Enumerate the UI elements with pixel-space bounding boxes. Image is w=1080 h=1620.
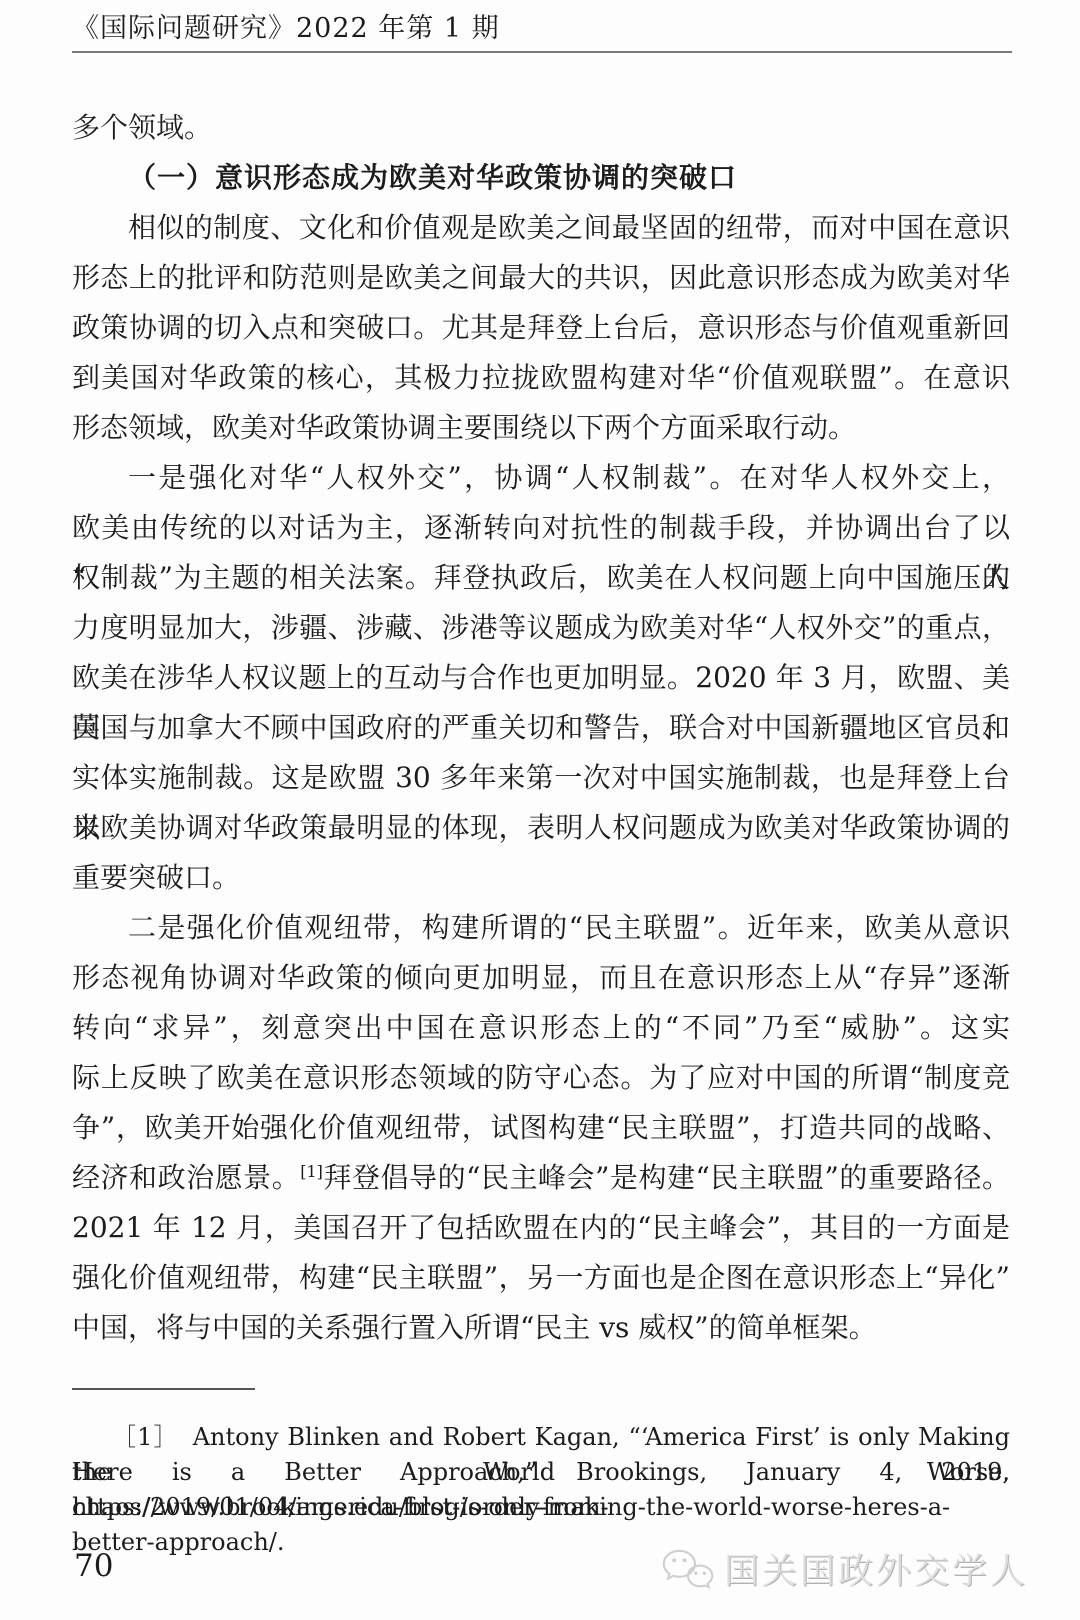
page-number: 70 <box>74 1548 113 1584</box>
body-line: 中国，将与中国的关系强行置入所谓“民主 vs 威权”的简单框架。 <box>72 1303 1010 1353</box>
footnote-line: Here is a Better Approach,” Brookings, J… <box>72 1455 1010 1490</box>
watermark-label: 国关国政外交学人 <box>724 1544 1028 1594</box>
wechat-icon <box>662 1547 714 1591</box>
body-line: 力度明显加大，涉疆、涉藏、涉港等议题成为欧美对华“人权外交”的重点， <box>72 603 1010 653</box>
body-line: 政策协调的切入点和突破口。尤其是拜登上台后，意识形态与价值观重新回 <box>72 303 1010 353</box>
body-text: 经济和政治愿景。 <box>72 1161 300 1194</box>
body-line: 2021 年 12 月，美国召开了包括欧盟在内的“民主峰会”，其目的一方面是 <box>72 1203 1010 1253</box>
body-line: 实体实施制裁。这是欧盟 30 多年来第一次对中国实施制裁，也是拜登上台以 <box>72 753 1010 803</box>
body-line: 一是强化对华“人权外交”，协调“人权制裁”。在对华人权外交上， <box>72 453 1010 503</box>
body-line: 形态上的批评和防范则是欧美之间最大的共识，因此意识形态成为欧美对华 <box>72 253 1010 303</box>
article-body: 多个领域。 （一）意识形态成为欧美对华政策协调的突破口 相似的制度、文化和价值观… <box>72 103 1010 1353</box>
footnote-line: chaos/2019/01/04/america-first-is-only-m… <box>72 1490 1010 1525</box>
body-line: 二是强化价值观纽带，构建所谓的“民主联盟”。近年来，欧美从意识 <box>72 903 1010 953</box>
paragraph: 一是强化对华“人权外交”，协调“人权制裁”。在对华人权外交上， 欧美由传统的以对… <box>72 453 1010 903</box>
paragraph: 相似的制度、文化和价值观是欧美之间最坚固的纽带，而对中国在意识 形态上的批评和防… <box>72 203 1010 453</box>
body-line: 欧美在涉华人权议题上的互动与合作也更加明显。2020 年 3 月，欧盟、美国、 <box>72 653 1010 703</box>
body-line: 欧美由传统的以对话为主，逐渐转向对抗性的制裁手段，并协调出台了以“人 <box>72 503 1010 553</box>
journal-issue-title: 《国际问题研究》2022 年第 1 期 <box>72 6 1012 45</box>
body-line: 形态领域，欧美对华政策协调主要围绕以下两个方面采取行动。 <box>72 403 1010 453</box>
footnote-ref: [1] <box>300 1162 323 1181</box>
running-head: 《国际问题研究》2022 年第 1 期 <box>72 6 1012 53</box>
footnote-line: ［1］Antony Blinken and Robert Kagan, “‘Am… <box>72 1420 1010 1455</box>
body-text: 拜登倡导的“民主峰会”是构建“民主联盟”的重要路径。 <box>323 1161 1010 1194</box>
body-line: 重要突破口。 <box>72 853 1010 903</box>
journal-page: 《国际问题研究》2022 年第 1 期 多个领域。 （一）意识形态成为欧美对华政… <box>0 0 1080 1620</box>
section-heading: （一）意识形态成为欧美对华政策协调的突破口 <box>72 153 1010 203</box>
header-rule <box>72 51 1012 53</box>
body-line: 到美国对华政策的核心，其极力拉拢欧盟构建对华“价值观联盟”。在意识 <box>72 353 1010 403</box>
body-line-with-footnote-ref: 经济和政治愿景。[1]拜登倡导的“民主峰会”是构建“民主联盟”的重要路径。 <box>72 1153 1010 1203</box>
body-line: 多个领域。 <box>72 103 1010 153</box>
body-line: 强化价值观纽带，构建“民主联盟”，另一方面也是企图在意识形态上“异化” <box>72 1253 1010 1303</box>
body-line: 来欧美协调对华政策最明显的体现，表明人权问题成为欧美对华政策协调的 <box>72 803 1010 853</box>
footnote-marker: ［1］ <box>112 1423 179 1451</box>
body-line: 权制裁”为主题的相关法案。拜登执政后，欧美在人权问题上向中国施压的 <box>72 553 1010 603</box>
footnote-separator-rule <box>72 1388 255 1390</box>
body-line: 英国与加拿大不顾中国政府的严重关切和警告，联合对中国新疆地区官员和 <box>72 703 1010 753</box>
body-line: 际上反映了欧美在意识形态领域的防守心态。为了应对中国的所谓“制度竞 <box>72 1053 1010 1103</box>
body-line: 形态视角协调对华政策的倾向更加明显，而且在意识形态上从“存异”逐渐 <box>72 953 1010 1003</box>
body-line: 相似的制度、文化和价值观是欧美之间最坚固的纽带，而对中国在意识 <box>72 203 1010 253</box>
paragraph: 二是强化价值观纽带，构建所谓的“民主联盟”。近年来，欧美从意识 形态视角协调对华… <box>72 903 1010 1353</box>
footnote: ［1］Antony Blinken and Robert Kagan, “‘Am… <box>72 1420 1010 1525</box>
publisher-watermark: 国关国政外交学人 <box>662 1544 1028 1594</box>
body-line: 转向“求异”，刻意突出中国在意识形态上的“不同”乃至“威胁”。这实 <box>72 1003 1010 1053</box>
body-line: 争”，欧美开始强化价值观纽带，试图构建“民主联盟”，打造共同的战略、 <box>72 1103 1010 1153</box>
